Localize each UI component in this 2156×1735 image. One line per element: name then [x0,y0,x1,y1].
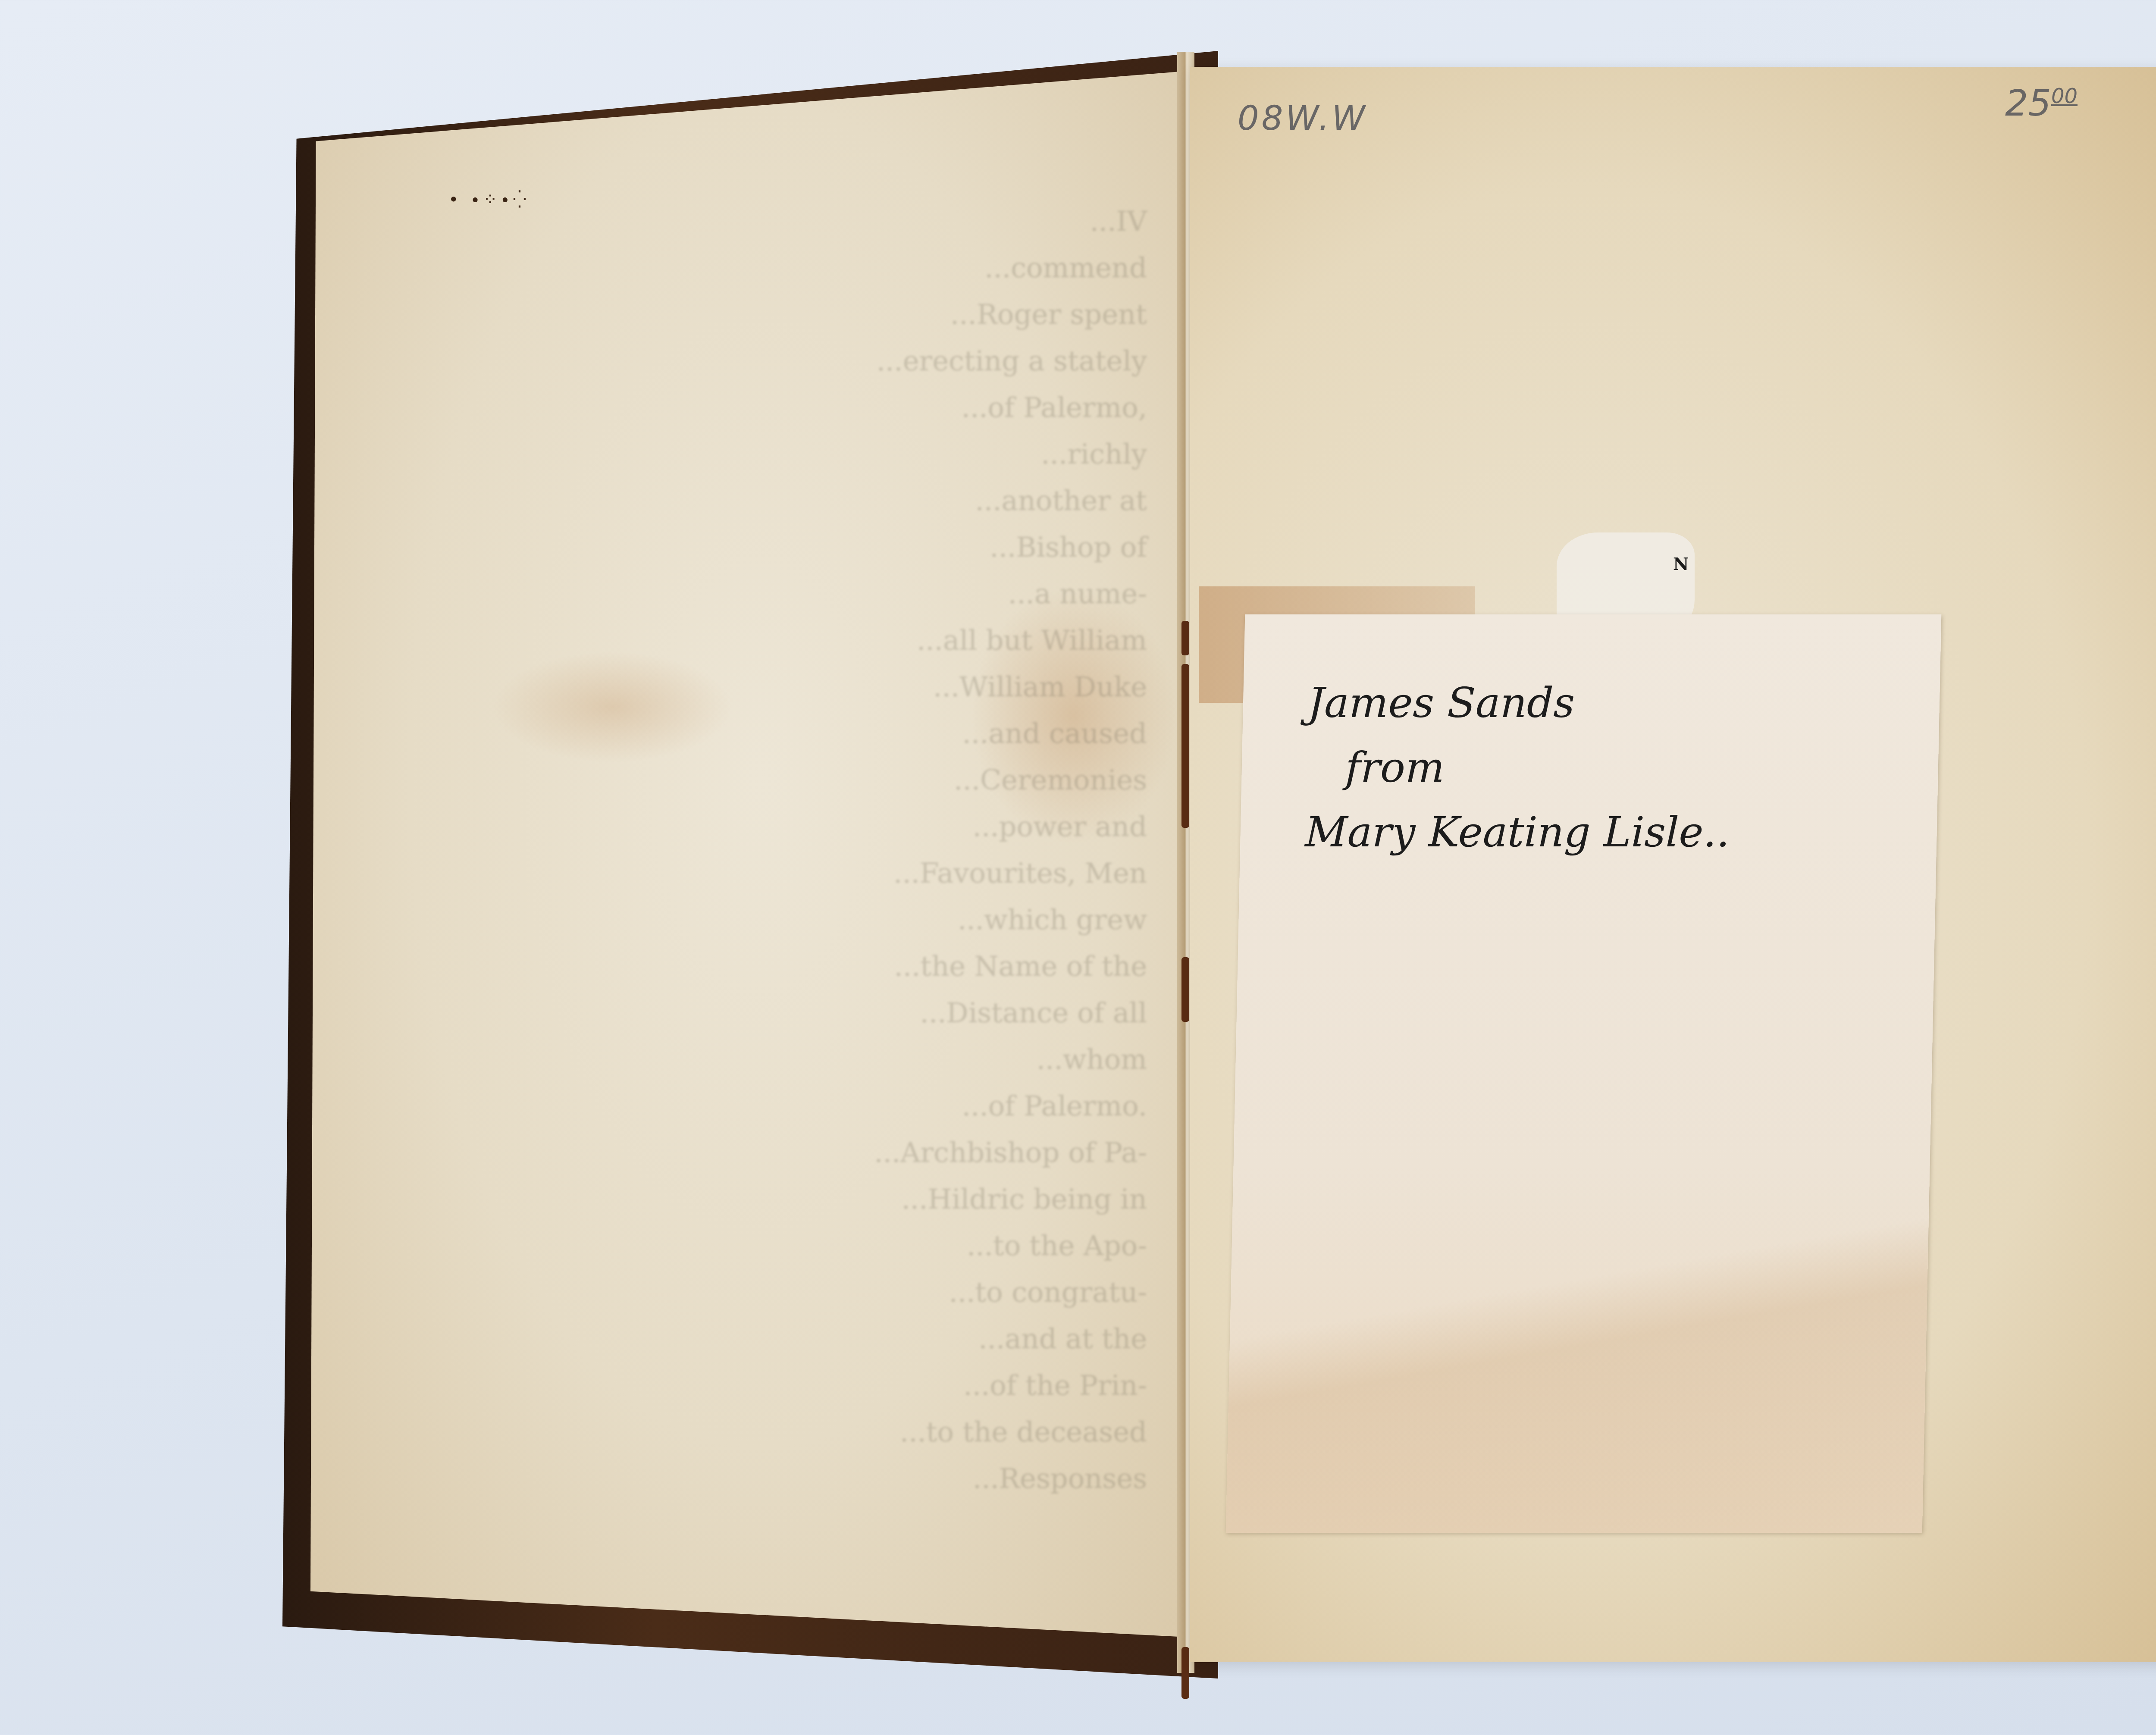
pencil-catalog-code: 08W.W [1238,99,1368,138]
inscription-from: from [1306,735,1732,800]
spine-tear [1181,621,1189,655]
inscription-giver: Mary Keating Lisle.. [1304,800,1730,864]
inscription-card: James Sands from Mary Keating Lisle.. [1226,614,1942,1533]
inscription-recipient: James Sands [1307,670,1733,735]
price-dollars: 25 [2005,82,2051,124]
show-through-text: ...IV ...commend ...Roger spent ...erect… [414,198,1147,1502]
printed-fragment: N [1673,554,1689,574]
price-cents: 00 [2051,84,2078,108]
handwritten-inscription: James Sands from Mary Keating Lisle.. [1304,670,1733,864]
open-book: • ∙⁘∙⁛ ...IV ...commend ...Roger spent .… [0,0,2156,1735]
spine-tear [1181,1647,1189,1699]
spine-tear [1181,664,1189,828]
pencil-price: 2500 [2005,82,2078,124]
water-stain [1226,1205,1929,1533]
spine-tear [1181,957,1189,1022]
left-page: • ∙⁘∙⁛ ...IV ...commend ...Roger spent .… [310,69,1212,1638]
